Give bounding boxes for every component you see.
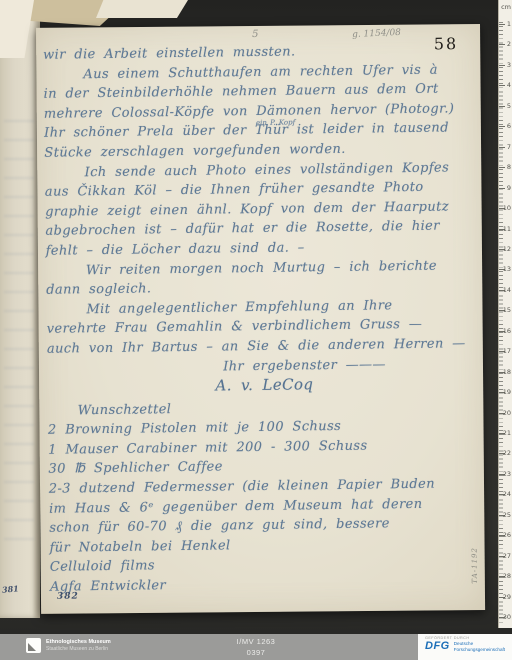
ruler-number: 9 <box>507 185 511 192</box>
pencil-annotation-center: 5 <box>252 29 258 40</box>
dfg-logo-block: GEFÖRDERT DURCH DFG Deutsche Forschungsg… <box>418 634 512 660</box>
ruler-number: 25 <box>503 512 511 519</box>
ruler-number: 18 <box>503 369 511 376</box>
ruler-major-tick <box>499 44 505 45</box>
ruler-number: 21 <box>503 430 511 437</box>
ruler: cm 1234567891011121314151617181920212223… <box>498 0 512 628</box>
letter-body: wir die Arbeit einstellen mussten.Aus ei… <box>43 40 482 597</box>
ruler-number: 3 <box>507 62 511 69</box>
ruler-number: 27 <box>503 553 511 560</box>
margin-vertical-note: TA-1192 <box>471 548 479 585</box>
ruler-number: 28 <box>503 573 511 580</box>
ruler-major-tick <box>499 126 505 127</box>
ruler-major-tick <box>499 65 505 66</box>
interline-insertion-note: ein P. Kopf <box>256 114 295 134</box>
dfg-logo-icon: DFG <box>425 641 450 652</box>
ruler-number: 6 <box>507 123 511 130</box>
ruler-number: 5 <box>507 103 511 110</box>
ruler-number: 29 <box>503 594 511 601</box>
ruler-number: 14 <box>503 287 511 294</box>
ruler-number: 19 <box>503 389 511 396</box>
folio-number: 382 <box>57 592 79 602</box>
ruler-major-tick <box>499 106 505 107</box>
ruler-number: 13 <box>503 266 511 273</box>
ruler-number: 1 <box>507 21 511 28</box>
ruler-number: 11 <box>503 226 511 233</box>
ruler-number: 7 <box>507 144 511 151</box>
manuscript-page: 5 g. 1154/08 58 wir die Arbeit einstelle… <box>36 24 485 614</box>
ruler-number: 24 <box>503 491 511 498</box>
ruler-major-tick <box>499 167 505 168</box>
ruler-number: 22 <box>503 450 511 457</box>
ruler-major-tick <box>499 85 505 86</box>
bleed-through-text <box>4 120 34 540</box>
ruler-number: 2 <box>507 41 511 48</box>
ruler-number: 16 <box>503 328 511 335</box>
pencil-annotation-right: g. 1154/08 <box>352 28 401 40</box>
handwritten-line: A. v. LeCoq <box>215 373 479 396</box>
ruler-number: 20 <box>503 410 511 417</box>
ruler-major-tick <box>499 188 505 189</box>
previous-page-folio-number: 381 <box>2 583 20 594</box>
ruler-unit-label: cm <box>499 3 511 11</box>
ruler-major-tick <box>499 24 505 25</box>
ruler-number: 8 <box>507 164 511 171</box>
dfg-name: Deutsche Forschungsgemeinschaft <box>454 641 505 651</box>
ruler-major-tick <box>499 147 505 148</box>
previous-page-edge <box>0 0 40 618</box>
footer-bar: Ethnologisches Museum Staatliche Museen … <box>0 634 512 660</box>
ruler-number: 12 <box>503 246 511 253</box>
ruler-number: 26 <box>503 532 511 539</box>
ruler-number: 10 <box>503 205 511 212</box>
ruler-number: 17 <box>503 348 511 355</box>
ruler-number: 4 <box>507 82 511 89</box>
ruler-number: 23 <box>503 471 511 478</box>
page-corner-scrap <box>96 0 188 18</box>
ruler-number: 15 <box>503 307 511 314</box>
ruler-number: 30 <box>503 614 511 621</box>
